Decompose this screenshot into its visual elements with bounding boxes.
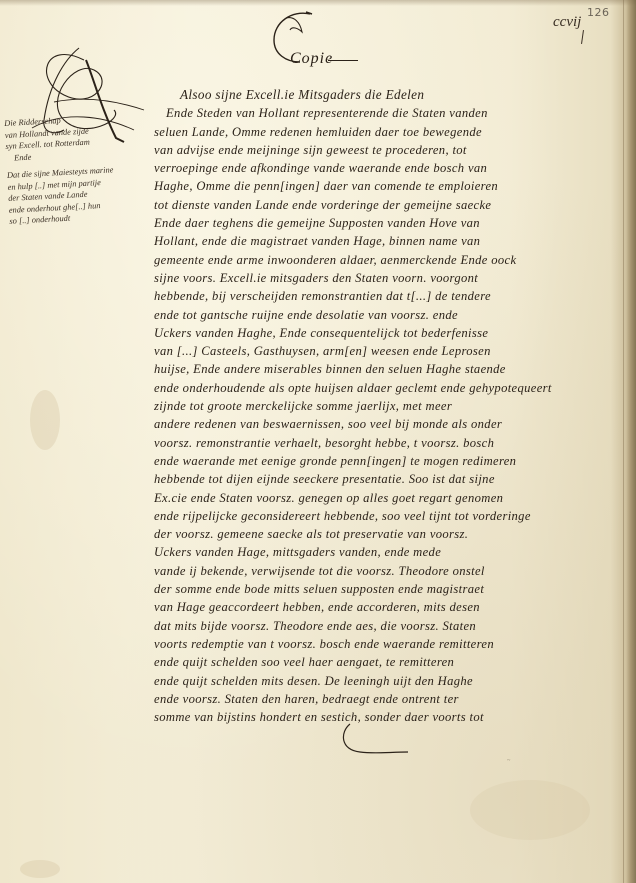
body-line: ende rijpelijcke geconsidereert hebbende… bbox=[154, 507, 624, 525]
body-line: der somme ende bode mitts seluen suppost… bbox=[154, 580, 624, 598]
body-line: ende voorsz. Staten den haren, bedraegt … bbox=[154, 690, 624, 708]
body-line: Ende Steden van Hollant representerende … bbox=[154, 104, 624, 122]
body-line: huijse, Ende andere miserables binnen de… bbox=[154, 360, 624, 378]
page-title: Copie bbox=[290, 50, 333, 68]
body-line: vande ij bekende, verwijsende tot die vo… bbox=[154, 562, 624, 580]
body-line: ende onderhoudende als opte huijsen alda… bbox=[154, 379, 624, 397]
body-line: gemeente ende arme inwoonderen aldaer, a… bbox=[154, 251, 624, 269]
body-line: van advijse ende meijninge sijn geweest … bbox=[154, 141, 624, 159]
body-line: seluen Lande, Omme redenen hemluiden dae… bbox=[154, 123, 624, 141]
folio-marking: ccvij bbox=[553, 14, 581, 31]
closing-flourish-icon bbox=[320, 722, 410, 762]
page-number: 126 bbox=[587, 6, 610, 19]
body-line: ende quijt schelden soo veel haer aengae… bbox=[154, 653, 624, 671]
body-line: tot dienste vanden Lande ende vorderinge… bbox=[154, 196, 624, 214]
body-line: voorts redemptie van t voorsz. bosch end… bbox=[154, 635, 624, 653]
body-line: ende waerande met eenige gronde penn[ing… bbox=[154, 452, 624, 470]
body-line: Uckers vanden Hage, mittsgaders vanden, … bbox=[154, 543, 624, 561]
body-line: Alsoo sijne Excell.ie Mitsgaders die Ede… bbox=[154, 86, 624, 104]
body-line: ende quijt schelden mits desen. De leeni… bbox=[154, 672, 624, 690]
body-line: Uckers vanden Haghe, Ende consequentelij… bbox=[154, 324, 624, 342]
body-line: Haghe, Omme die penn[ingen] daer van com… bbox=[154, 177, 624, 195]
folio-flourish bbox=[581, 30, 584, 44]
binding-gutter bbox=[626, 0, 636, 883]
body-line: sijne voors. Excell.ie mitsgaders den St… bbox=[154, 269, 624, 287]
body-line: Ende daer teghens die gemeijne Supposten… bbox=[154, 214, 624, 232]
body-line: der voorsz. gemeene saecke als tot prese… bbox=[154, 525, 624, 543]
body-line: dat mits bijde voorsz. Theodore ende aes… bbox=[154, 617, 624, 635]
paper-stain bbox=[470, 780, 590, 840]
page-top-edge-shadow bbox=[0, 0, 636, 6]
body-line: hebbende tot dijen eijnde seeckere prese… bbox=[154, 470, 624, 488]
body-line: verroepinge ende afkondinge vande waeran… bbox=[154, 159, 624, 177]
body-line: andere redenen van beswaernissen, soo ve… bbox=[154, 415, 624, 433]
body-line: ende tot gantsche ruijne ende desolatie … bbox=[154, 306, 624, 324]
margin-notes: Die Ridderschap van Hollandt vande zijde… bbox=[4, 110, 160, 227]
manuscript-page: 126 ccvij Copie Die Ridderschap van Holl… bbox=[0, 0, 636, 883]
body-line: Hollant, ende die magistraet vanden Hage… bbox=[154, 232, 624, 250]
body-line: zijnde tot groote merckelijcke somme jae… bbox=[154, 397, 624, 415]
body-line: Ex.cie ende Staten voorsz. genegen op al… bbox=[154, 489, 624, 507]
body-line: van [...] Casteels, Gasthuysen, arm[en] … bbox=[154, 342, 624, 360]
body-line: van Hage geaccordeert hebben, ende accor… bbox=[154, 598, 624, 616]
body-line: hebbende, bij verscheijden remonstrantie… bbox=[154, 287, 624, 305]
title-underline bbox=[328, 60, 358, 61]
faint-mark: ~ bbox=[507, 758, 510, 764]
paper-stain bbox=[30, 390, 60, 450]
paper-stain bbox=[20, 860, 60, 878]
body-line: voorsz. remonstrantie verhaelt, besorght… bbox=[154, 434, 624, 452]
body-text: Alsoo sijne Excell.ie Mitsgaders die Ede… bbox=[154, 86, 624, 726]
